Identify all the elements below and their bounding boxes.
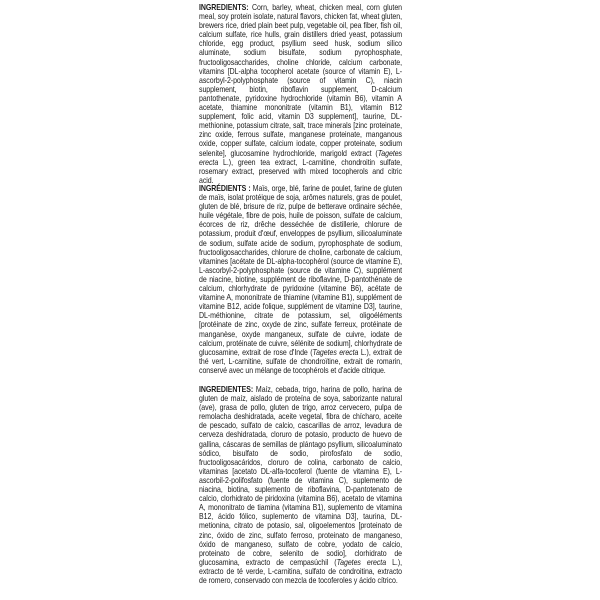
ingredients-english: INGREDIENTS: Corn, barley, wheat, chicke…: [199, 3, 402, 184]
heading-spanish: INGREDIENTES:: [199, 385, 253, 394]
heading-english: INGREDIENTS:: [199, 3, 249, 12]
heading-french: INGRÉDIENTS :: [199, 184, 251, 193]
ingredient-label: INGREDIENTS: Corn, barley, wheat, chicke…: [199, 3, 402, 585]
ingredients-spanish: INGREDIENTES: Maíz, cebada, trigo, harin…: [199, 385, 402, 585]
ingredients-french: INGRÉDIENTS : Maïs, orge, blé, farine de…: [199, 184, 402, 385]
